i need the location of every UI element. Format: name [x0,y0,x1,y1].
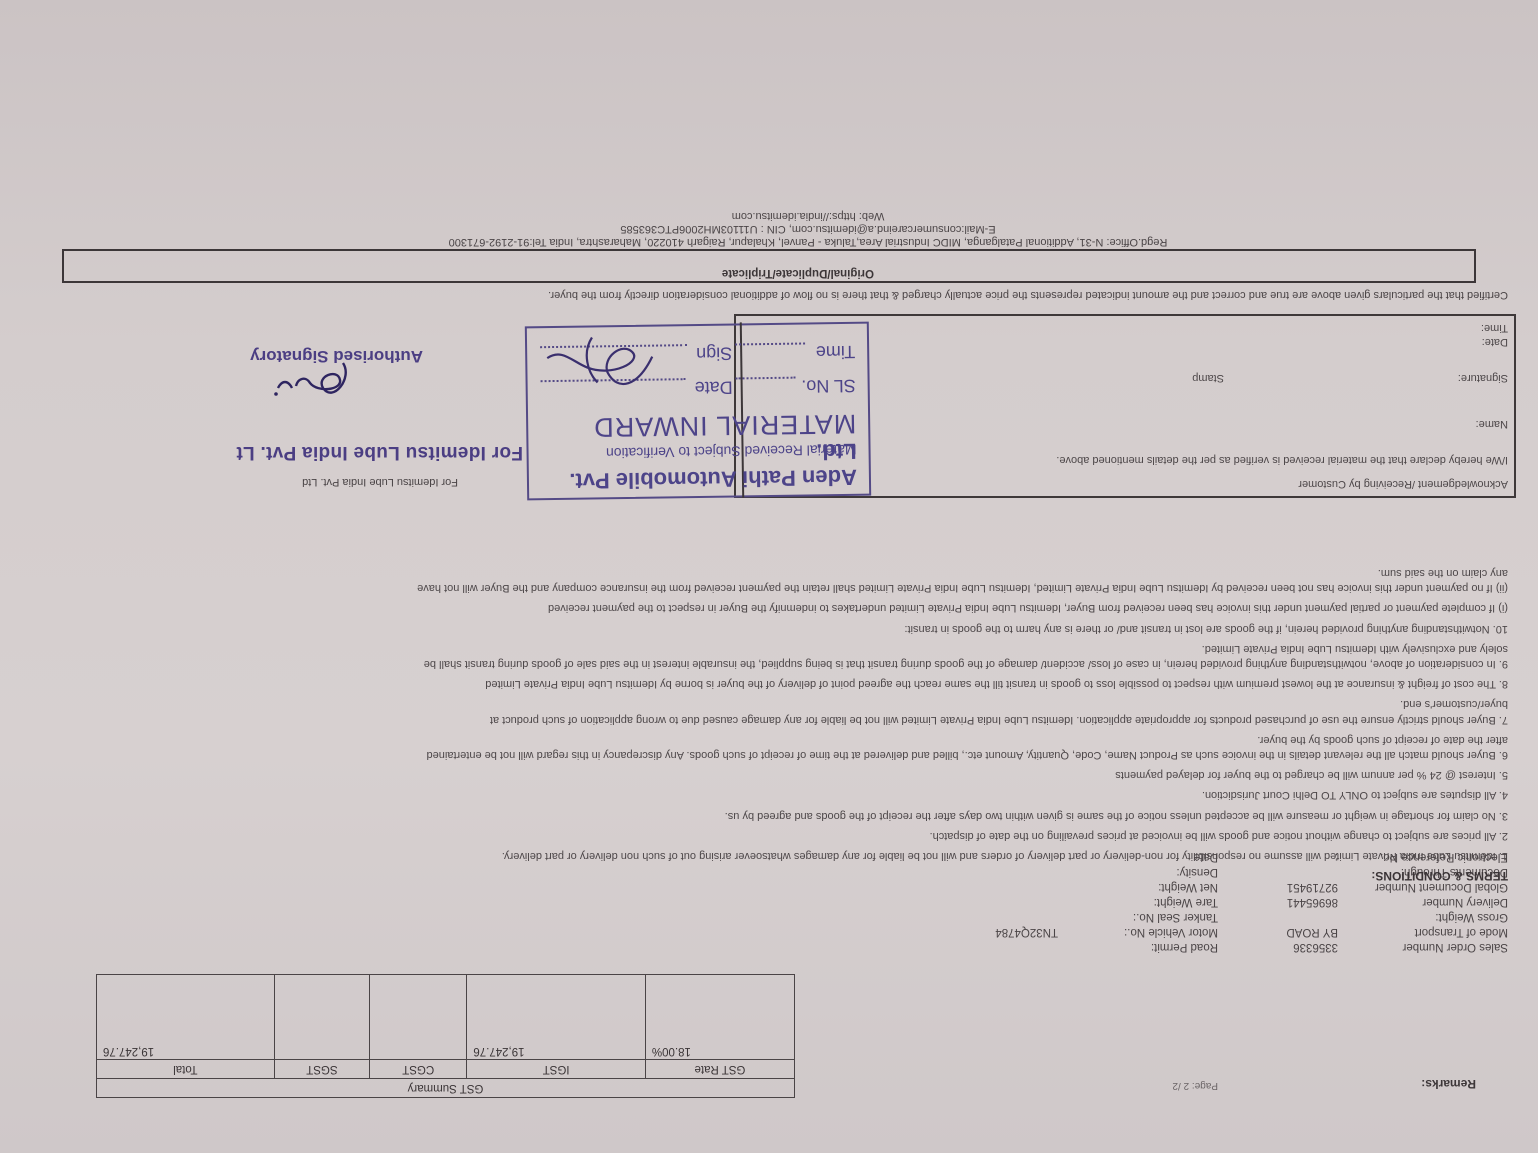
stamp-sl-line [736,377,796,380]
term-item-continued: any claim on the said sum. [28,565,1508,580]
info-value-2 [908,878,1058,893]
info-label: Gross Weight: [1338,908,1508,923]
remarks-label: Remarks: [1421,1077,1476,1091]
term-item: (ii) If no payment under this invoice ha… [28,580,1508,595]
for-company-label: For Idemitsu Lube India Pvt. Ltd [302,476,458,488]
gst-sgst-cell [274,975,369,1060]
page-number: Page: 2 /2 [1172,1080,1218,1091]
info-value-2: TN32Q4784 [908,923,1058,938]
info-row: Delivery Number 86965441 Tare Weight: [818,893,1508,908]
copy-type-label: Original/Duplicate/Triplicate [722,267,874,279]
info-value-2 [908,938,1058,953]
info-value-2 [908,863,1058,878]
term-item-continued: after the date of receipt of such goods … [28,732,1508,747]
website: Web: https://india.idemitsu.com [308,209,1308,222]
terms-list: 1. Idemitsu Lube India Private Limited w… [28,560,1508,863]
stamp-date-label: Date [694,377,732,399]
info-value-2 [908,893,1058,908]
term-item-continued: buyer/customer's end. [28,696,1508,711]
material-inward-stamp: Aden Pathi Automobile Pvt. Ltd. Material… [525,322,871,501]
term-item: 2. All prices are subject to change with… [28,828,1508,843]
term-item: 3. No claim for shortage in weight or me… [28,807,1508,822]
info-label-2: Tanker Seal No.: [1058,908,1218,923]
term-item: 9. In consideration of above, notwithsta… [28,656,1508,671]
gst-col-total: Total [97,1060,274,1079]
stamp-sign-label: Sign [696,343,732,365]
authorised-signatory-label: Authorised Signatory [250,346,423,366]
info-label-2: Motor Vehicle No.: [1058,923,1218,938]
info-label-2: Density: [1058,863,1218,878]
stamp-time-line [735,342,805,345]
stamp-time-label: Time [816,341,856,363]
receiver-signature-icon [537,327,658,399]
info-label: Sales Order Number [1338,938,1508,953]
term-item: 1. Idemitsu Lube India Private Limited w… [28,848,1508,863]
term-item: 5. Interest @ 24 % per annum will be cha… [28,767,1508,782]
info-value: 3356336 [1218,938,1338,953]
info-value-2 [908,908,1058,923]
ack-name-label: Name: [1476,418,1508,430]
gst-col-igst: IGST [467,1060,646,1079]
info-label: Delivery Number [1338,893,1508,908]
ack-title: Acknowledgement /Receiving by Customer [1298,478,1508,490]
gst-col-rate: GST Rate [645,1060,794,1079]
gst-col-sgst: SGST [274,1060,369,1079]
info-row: Mode of Transport BY ROAD Motor Vehicle … [818,923,1508,938]
ack-signature-label: Signature: [1458,372,1508,384]
ack-declaration: I/We hereby declare that the material re… [1056,454,1508,466]
gst-summary-title: GST Summary [97,1078,794,1097]
info-value [1218,908,1338,923]
info-row: Gross Weight: Tanker Seal No.: [818,908,1508,923]
info-row: Sales Order Number 3356336 Road Permit: [818,938,1508,953]
stamp-sl-label: SL No. [801,375,856,397]
terms-title: TERMS & CONDITIONS: [1371,869,1508,883]
info-label-2: Road Permit: [1058,938,1218,953]
term-item: 6. Buyer should match all the relevant d… [28,747,1508,762]
for-company-stamp: For Idemitsu Lube India Pvt. Lt [236,441,523,463]
registered-office-block: Regd.Office: N-31, Additional Patalganga… [308,209,1308,248]
gst-total-cell: 19,247.76 [97,975,274,1060]
gst-col-cgst: CGST [370,1060,467,1079]
ack-date-label: Date: [1482,336,1508,348]
gst-cgst-cell [370,975,467,1060]
info-label-2: Tare Weight: [1058,893,1218,908]
info-label-2: Net Weight: [1058,878,1218,893]
info-value: 9271945​1 [1218,878,1338,893]
term-item: 8. The cost of freight & insurance at th… [28,676,1508,691]
info-value: BY ROAD [1218,923,1338,938]
certification-text: Certified that the particulars given abo… [548,289,1508,301]
gst-summary-table: GST Summary GST Rate IGST CGST SGST Tota… [96,974,795,1098]
shipment-info-grid: Sales Order Number 3356336 Road Permit: … [818,848,1508,953]
info-label: Mode of Transport [1338,923,1508,938]
term-item: (i) If complete payment or partial payme… [28,600,1508,615]
gst-igst-cell: 19,247.76 [467,975,646,1060]
term-item: 4. All disputes are subject to ONLY TO D… [28,787,1508,802]
term-item: 7. Buyer should strictly ensure the use … [28,711,1508,726]
email-cin: E-Mail:consumercareind.a@idemitsu.com, C… [308,222,1308,235]
table-row: 18.00% 19,247.76 19,247.76 [97,975,794,1060]
term-item-continued: solely and exclusively with Idemitsu Lub… [28,641,1508,656]
gst-rate-cell: 18.00% [645,975,794,1060]
invoice-page-photo-rotated: Remarks: Page: 2 /2 Sales Order Number 3… [0,0,1538,1153]
stamp-title: MATERIAL INWARD [593,408,856,443]
ack-time-label: Time: [1481,322,1508,334]
info-value: 86965441 [1218,893,1338,908]
regd-office-address: Regd.Office: N-31, Additional Patalganga… [308,235,1308,248]
copy-type-box: Original/Duplicate/Triplicate [62,249,1476,283]
ack-stamp-label: Stamp [1192,372,1224,384]
info-value [1218,863,1338,878]
term-item: 10. Notwithstanding anything provided he… [28,620,1508,635]
